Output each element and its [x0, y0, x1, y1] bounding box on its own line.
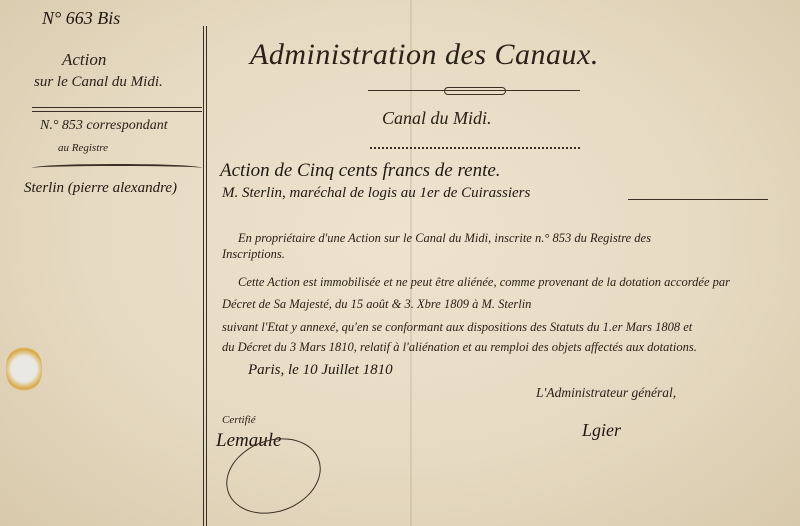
- holder-line: M. Sterlin, maréchal de logis au 1er de …: [222, 185, 530, 202]
- stub-divider-rule: [203, 26, 207, 526]
- certified-label: Certifié: [222, 414, 256, 426]
- paper-stain: [6, 347, 42, 391]
- subtitle-wavy-rule: [370, 143, 580, 149]
- administrator-label: L'Administrateur général,: [536, 385, 676, 401]
- stub-subtitle: sur le Canal du Midi.: [34, 74, 163, 91]
- paragraph-1-line-2: Inscriptions.: [222, 247, 285, 262]
- administrator-signature: Lgier: [582, 420, 621, 441]
- action-line: Action de Cinq cents francs de rente.: [220, 160, 501, 182]
- paragraph-2-line-2: Décret de Sa Majesté, du 15 août & 3. Xb…: [222, 297, 531, 312]
- stub-holder-name: Sterlin (pierre alexandre): [24, 180, 177, 197]
- stub-register-number: N.° 853 correspondant: [40, 118, 168, 134]
- certificate-document: N° 663 Bis Action sur le Canal du Midi. …: [0, 0, 800, 526]
- holder-fill-line: [628, 199, 768, 200]
- stub-number: N° 663 Bis: [42, 8, 120, 29]
- title-ornament: [444, 87, 506, 95]
- stub-title: Action: [62, 50, 106, 70]
- document-subtitle: Canal du Midi.: [382, 108, 492, 129]
- date-line: Paris, le 10 Juillet 1810: [248, 362, 393, 379]
- stub-register-label: au Registre: [58, 142, 108, 154]
- document-title: Administration des Canaux.: [250, 38, 599, 72]
- paragraph-2-line-4: du Décret du 3 Mars 1810, relatif à l'al…: [222, 340, 697, 355]
- paragraph-2-line-3: suivant l'Etat y annexé, qu'en se confor…: [222, 320, 692, 335]
- stub-flourish: [32, 164, 202, 172]
- paragraph-1-line-1: En propriétaire d'une Action sur le Cana…: [238, 231, 651, 246]
- paragraph-2-line-1: Cette Action est immobilisée et ne peut …: [238, 275, 730, 290]
- fold-crease: [410, 0, 412, 526]
- stub-double-rule: [32, 107, 202, 112]
